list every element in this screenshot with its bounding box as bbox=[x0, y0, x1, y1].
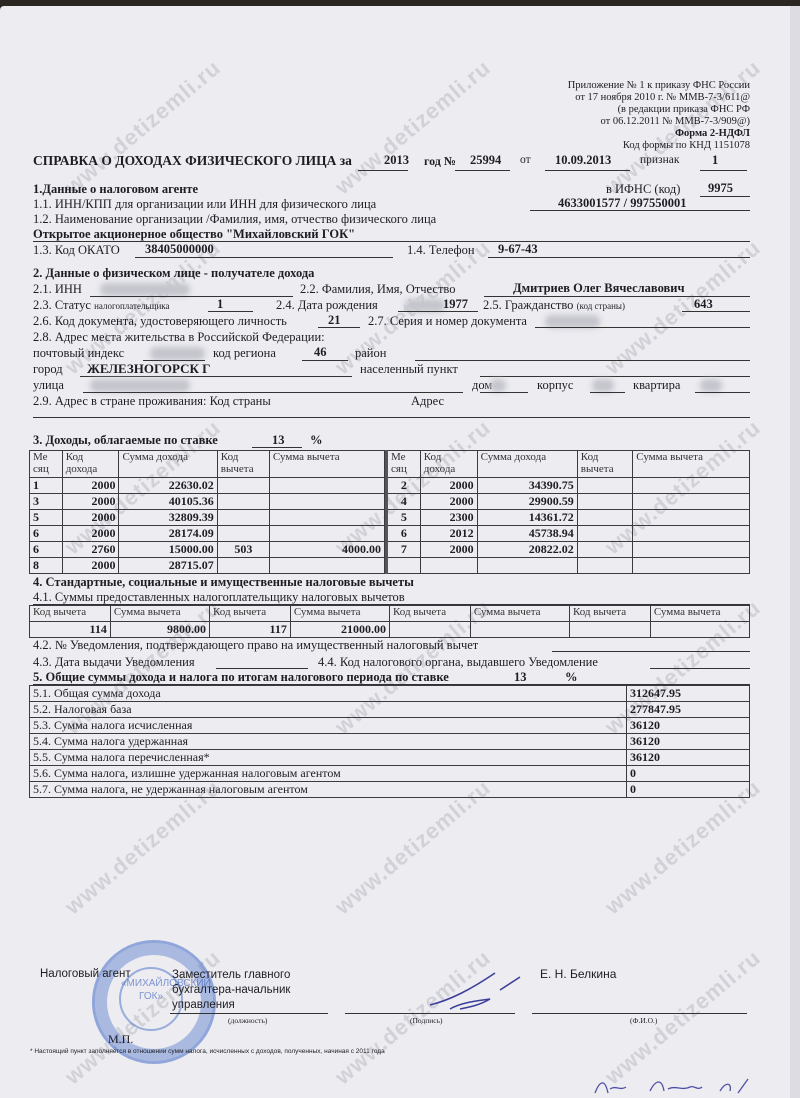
income-code-cell: 2300 bbox=[420, 510, 477, 526]
deduction-amount-cell bbox=[633, 558, 750, 574]
birth-label: 2.4. Дата рождения bbox=[276, 298, 378, 313]
phone-label: 1.4. Телефон bbox=[407, 243, 475, 258]
section2-heading: 2. Данные о физическом лице - получателе… bbox=[33, 266, 314, 281]
total-label: 5.5. Сумма налога перечисленная* bbox=[30, 750, 627, 766]
income-code-cell bbox=[420, 558, 477, 574]
section3-percent: % bbox=[310, 433, 323, 448]
deduction-amount-cell bbox=[633, 478, 750, 494]
table-row: 5200032809.39 bbox=[30, 510, 385, 526]
month-cell: 8 bbox=[30, 558, 63, 574]
flat-label: квартира bbox=[633, 378, 680, 393]
redacted-building bbox=[592, 379, 614, 392]
total-value: 277847.95 bbox=[627, 702, 750, 718]
income-amount-cell: 20822.02 bbox=[477, 542, 577, 558]
deduction-amount-cell bbox=[633, 542, 750, 558]
column-header: Код вычета bbox=[30, 606, 111, 622]
income-amount-cell: 28715.07 bbox=[119, 558, 217, 574]
income-amount-cell bbox=[477, 558, 577, 574]
street-label: улица bbox=[33, 378, 64, 393]
doc-number: 25994 bbox=[470, 153, 501, 168]
total-value: 0 bbox=[627, 766, 750, 782]
total-value: 36120 bbox=[627, 718, 750, 734]
sign-value: 1 bbox=[712, 153, 718, 168]
table-row: 6201245738.94 bbox=[387, 526, 750, 542]
total-label: 5.1. Общая сумма дохода bbox=[30, 686, 627, 702]
deduction-amount-cell bbox=[269, 526, 384, 542]
deduction-code-cell bbox=[577, 526, 632, 542]
footnote: * Настоящий пункт заполняется в отношени… bbox=[30, 1048, 385, 1055]
deduction-amount-cell bbox=[269, 494, 384, 510]
page-edge bbox=[790, 6, 800, 1098]
income-amount-cell: 14361.72 bbox=[477, 510, 577, 526]
table-row: 6200028174.09 bbox=[30, 526, 385, 542]
total-value: 312647.95 bbox=[627, 686, 750, 702]
column-header: Код вычета bbox=[209, 606, 290, 622]
table-header: Ме сяцКод доходаСумма доходаКод вычетаСу… bbox=[30, 451, 385, 478]
table-row: 6276015000.005034000.00 bbox=[30, 542, 385, 558]
income-code-cell: 2760 bbox=[62, 542, 119, 558]
deduction-amount-cell bbox=[633, 494, 750, 510]
status-label: 2.3. Статус налогоплательщика bbox=[33, 298, 170, 313]
table-row: 8200028715.07 bbox=[30, 558, 385, 574]
redacted-flat bbox=[700, 379, 722, 392]
income-amount-cell: 34390.75 bbox=[477, 478, 577, 494]
income-code-cell: 2000 bbox=[62, 558, 119, 574]
column-header: Код вычета bbox=[577, 451, 632, 478]
deduction-amount-cell bbox=[650, 622, 749, 638]
total-value: 36120 bbox=[627, 734, 750, 750]
signature-caption: (Подпись) bbox=[410, 1016, 443, 1025]
column-header: Код вычета bbox=[389, 606, 470, 622]
table-row: 1200022630.02 bbox=[30, 478, 385, 494]
total-value: 36120 bbox=[627, 750, 750, 766]
name-caption: (Ф.И.О.) bbox=[630, 1016, 657, 1025]
section5-percent: % bbox=[565, 670, 578, 685]
table-row: 5.7. Сумма налога, не удержанная налогов… bbox=[30, 782, 750, 798]
column-header: Сумма дохода bbox=[119, 451, 217, 478]
deduction-code-cell bbox=[577, 478, 632, 494]
income-code-cell: 2000 bbox=[62, 494, 119, 510]
document-title: СПРАВКА О ДОХОДАХ ФИЗИЧЕСКОГО ЛИЦА за bbox=[33, 153, 352, 169]
redacted-postal bbox=[150, 347, 205, 360]
status-label-small: налогоплательщика bbox=[94, 301, 169, 311]
month-cell: 5 bbox=[30, 510, 63, 526]
total-value: 0 bbox=[627, 782, 750, 798]
deduction-amount-cell bbox=[633, 510, 750, 526]
phone: 9-67-43 bbox=[498, 242, 538, 257]
table-row bbox=[387, 558, 750, 574]
org-name-label: 1.2. Наименование организации /Фамилия, … bbox=[33, 212, 436, 227]
locality-label: населенный пункт bbox=[360, 362, 458, 377]
table-row: 5.2. Налоговая база277847.95 bbox=[30, 702, 750, 718]
notice-date-label: 4.3. Дата выдачи Уведомления bbox=[33, 655, 195, 670]
total-label: 5.2. Налоговая база bbox=[30, 702, 627, 718]
deduction-amount-cell bbox=[633, 526, 750, 542]
month-cell: 7 bbox=[387, 542, 421, 558]
notice-org-label: 4.4. Код налогового органа, выдавшего Ув… bbox=[318, 655, 598, 670]
totals-table: 5.1. Общая сумма дохода312647.955.2. Нал… bbox=[29, 685, 750, 798]
foreign-country-label: 2.9. Адрес в стране проживания: Код стра… bbox=[33, 394, 271, 409]
income-amount-cell: 32809.39 bbox=[119, 510, 217, 526]
deduction-code-cell bbox=[389, 622, 470, 638]
deduction-amount-cell bbox=[269, 510, 384, 526]
total-label: 5.4. Сумма налога удержанная bbox=[30, 734, 627, 750]
knd-code: Код формы по КНД 1151078 bbox=[568, 140, 750, 152]
income-amount-cell: 15000.00 bbox=[119, 542, 217, 558]
deduction-code-cell bbox=[577, 494, 632, 510]
agent-inn-label: 1.1. ИНН/КПП для организации или ИНН для… bbox=[33, 197, 376, 212]
table-row: 5.6. Сумма налога, излишне удержанная на… bbox=[30, 766, 750, 782]
table-row: 5230014361.72 bbox=[387, 510, 750, 526]
okato-label: 1.3. Код ОКАТО bbox=[33, 243, 120, 258]
month-cell: 3 bbox=[30, 494, 63, 510]
month-cell bbox=[387, 558, 421, 574]
deduction-code-cell bbox=[569, 622, 650, 638]
table-row: 7200020822.02 bbox=[387, 542, 750, 558]
month-cell: 5 bbox=[387, 510, 421, 526]
column-header: Сумма вычета bbox=[290, 606, 389, 622]
doc-series-label: 2.7. Серия и номер документа bbox=[368, 314, 527, 329]
total-label: 5.3. Сумма налога исчисленная bbox=[30, 718, 627, 734]
table-row: 5.4. Сумма налога удержанная36120 bbox=[30, 734, 750, 750]
birth-year: 1977 bbox=[443, 297, 468, 312]
income-code-cell: 2000 bbox=[420, 494, 477, 510]
person-inn-label: 2.1. ИНН bbox=[33, 282, 82, 297]
doc-code: 21 bbox=[328, 313, 341, 328]
notice-number-label: 4.2. № Уведомления, подтверждающего прав… bbox=[33, 638, 478, 653]
deduction-code-cell: 114 bbox=[30, 622, 111, 638]
person-fio: Дмитриев Олег Вячеславович bbox=[513, 281, 685, 296]
table-row: 2200034390.75 bbox=[387, 478, 750, 494]
district-label: район bbox=[355, 346, 386, 361]
table-header: Ме сяцКод доходаСумма доходаКод вычетаСу… bbox=[387, 451, 750, 478]
deduction-code-cell bbox=[217, 494, 269, 510]
income-table-left: Ме сяцКод доходаСумма доходаКод вычетаСу… bbox=[29, 450, 385, 574]
signer-name: Е. Н. Белкина bbox=[540, 967, 616, 981]
section3-rate: 13 bbox=[272, 433, 285, 448]
doc-code-label: 2.6. Код документа, удостоверяющего личн… bbox=[33, 314, 287, 329]
year: 2013 bbox=[384, 153, 409, 168]
handwritten-note-icon bbox=[590, 1075, 770, 1098]
table-row: 5.3. Сумма налога исчисленная36120 bbox=[30, 718, 750, 734]
income-amount-cell: 40105.36 bbox=[119, 494, 217, 510]
citizenship-label-text: 2.5. Гражданство bbox=[483, 298, 573, 312]
month-cell: 6 bbox=[30, 542, 63, 558]
citizenship-code: 643 bbox=[694, 297, 713, 312]
table-header: Код вычетаСумма вычетаКод вычетаСумма вы… bbox=[30, 606, 750, 622]
signature-icon bbox=[420, 965, 530, 1015]
month-cell: 4 bbox=[387, 494, 421, 510]
month-cell: 6 bbox=[387, 526, 421, 542]
table-row: 3200040105.36 bbox=[30, 494, 385, 510]
section5-rate: 13 bbox=[514, 670, 527, 685]
column-header: Код вычета bbox=[217, 451, 269, 478]
income-amount-cell: 29900.59 bbox=[477, 494, 577, 510]
deduction-code-cell bbox=[217, 478, 269, 494]
deduction-amount-cell bbox=[470, 622, 569, 638]
agent-label: Налоговый агент bbox=[40, 968, 131, 980]
income-code-cell: 2000 bbox=[62, 510, 119, 526]
section4-heading: 4. Стандартные, социальные и имущественн… bbox=[33, 575, 414, 590]
postal-label: почтовый индекс bbox=[33, 346, 124, 361]
deduction-amount-cell: 9800.00 bbox=[110, 622, 209, 638]
column-header: Сумма вычета bbox=[269, 451, 384, 478]
ifns-code: 9975 bbox=[708, 181, 733, 196]
column-header: Сумма вычета bbox=[110, 606, 209, 622]
address-label: 2.8. Адрес места жительства в Российской… bbox=[33, 330, 325, 345]
section5-heading: 5. Общие суммы дохода и налога по итогам… bbox=[33, 670, 449, 685]
form-name: Форма 2-НДФЛ bbox=[568, 128, 750, 140]
column-header: Сумма дохода bbox=[477, 451, 577, 478]
column-header: Код дохода bbox=[62, 451, 119, 478]
deduction-code-cell bbox=[217, 558, 269, 574]
citizenship-label: 2.5. Гражданство (код страны) bbox=[483, 298, 625, 313]
deduction-code-cell: 117 bbox=[209, 622, 290, 638]
month-cell: 6 bbox=[30, 526, 63, 542]
column-header: Код вычета bbox=[569, 606, 650, 622]
position-line: Заместитель главного bbox=[172, 968, 290, 983]
status-label-text: 2.3. Статус bbox=[33, 298, 91, 312]
deduction-code-cell bbox=[217, 510, 269, 526]
table-row: 5.5. Сумма налога перечисленная*36120 bbox=[30, 750, 750, 766]
building-label: корпус bbox=[537, 378, 573, 393]
foreign-address-label: Адрес bbox=[411, 394, 444, 409]
org-name: Открытое акционерное общество "Михайловс… bbox=[33, 227, 355, 242]
deduction-amount-cell bbox=[269, 478, 384, 494]
month-cell: 2 bbox=[387, 478, 421, 494]
deductions-table: Код вычетаСумма вычетаКод вычетаСумма вы… bbox=[29, 605, 750, 638]
redacted-house bbox=[490, 379, 506, 392]
table-row: 1149800.0011721000.00 bbox=[30, 622, 750, 638]
taxpayer-status: 1 bbox=[217, 297, 223, 312]
city-label: город bbox=[33, 362, 63, 377]
deduction-code-cell: 503 bbox=[217, 542, 269, 558]
fio-label: 2.2. Фамилия, Имя, Отчество bbox=[300, 282, 455, 297]
total-label: 5.6. Сумма налога, излишне удержанная на… bbox=[30, 766, 627, 782]
position: Заместитель главного бухгалтера-начальни… bbox=[172, 968, 290, 1013]
month-cell: 1 bbox=[30, 478, 63, 494]
column-header: Сумма вычета bbox=[633, 451, 750, 478]
income-code-cell: 2000 bbox=[62, 478, 119, 494]
column-header: Сумма вычета bbox=[650, 606, 749, 622]
okato: 38405000000 bbox=[145, 242, 214, 257]
deduction-amount-cell: 4000.00 bbox=[269, 542, 384, 558]
ifns-label: в ИФНС (код) bbox=[606, 182, 680, 197]
table-row: 4200029900.59 bbox=[387, 494, 750, 510]
section3-heading: 3. Доходы, облагаемые по ставке bbox=[33, 433, 218, 448]
income-code-cell: 2012 bbox=[420, 526, 477, 542]
column-header: Ме сяц bbox=[30, 451, 63, 478]
agent-inn-kpp: 4633001577 / 997550001 bbox=[558, 196, 686, 211]
header-line: Приложение № 1 к приказу ФНС России bbox=[568, 80, 750, 92]
deduction-code-cell bbox=[577, 542, 632, 558]
region-label: код региона bbox=[213, 346, 276, 361]
header-line: (в редакции приказа ФНС РФ bbox=[568, 104, 750, 116]
income-code-cell: 2000 bbox=[420, 542, 477, 558]
income-amount-cell: 22630.02 bbox=[119, 478, 217, 494]
section1-heading: 1.Данные о налоговом агенте bbox=[33, 182, 198, 197]
citizenship-label-small: (код страны) bbox=[577, 301, 625, 311]
region-code: 46 bbox=[314, 345, 327, 360]
income-amount-cell: 28174.09 bbox=[119, 526, 217, 542]
city: ЖЕЛЕЗНОГОРСК Г bbox=[87, 361, 210, 377]
redacted-inn bbox=[100, 283, 190, 296]
income-amount-cell: 45738.94 bbox=[477, 526, 577, 542]
sign-label: признак bbox=[640, 154, 679, 166]
column-header: Сумма вычета bbox=[470, 606, 569, 622]
deductions-label: 4.1. Суммы предоставленных налогоплатель… bbox=[33, 590, 405, 605]
column-header: Код дохода bbox=[420, 451, 477, 478]
redacted-street bbox=[90, 379, 190, 392]
doc-date: 10.09.2013 bbox=[555, 153, 611, 168]
deduction-amount-cell: 21000.00 bbox=[290, 622, 389, 638]
position-line: управления bbox=[172, 998, 290, 1013]
position-caption: (должность) bbox=[228, 1016, 267, 1025]
total-label: 5.7. Сумма налога, не удержанная налогов… bbox=[30, 782, 627, 798]
form-header: Приложение № 1 к приказу ФНС России от 1… bbox=[568, 80, 750, 152]
header-line: от 17 ноября 2010 г. № ММВ-7-3/611@ bbox=[568, 92, 750, 104]
from-label: от bbox=[520, 154, 531, 166]
deduction-code-cell bbox=[577, 510, 632, 526]
number-label: год № bbox=[424, 154, 456, 169]
column-header: Ме сяц bbox=[387, 451, 421, 478]
deduction-code-cell bbox=[217, 526, 269, 542]
income-code-cell: 2000 bbox=[62, 526, 119, 542]
deduction-code-cell bbox=[577, 558, 632, 574]
position-line: бухгалтера-начальник bbox=[172, 983, 290, 998]
income-code-cell: 2000 bbox=[420, 478, 477, 494]
deduction-amount-cell bbox=[269, 558, 384, 574]
header-line: от 06.12.2011 № ММВ-7-3/909@) bbox=[568, 116, 750, 128]
table-row: 5.1. Общая сумма дохода312647.95 bbox=[30, 686, 750, 702]
income-table-right: Ме сяцКод доходаСумма доходаКод вычетаСу… bbox=[385, 450, 750, 574]
seal-label: М.П. bbox=[108, 1032, 133, 1047]
